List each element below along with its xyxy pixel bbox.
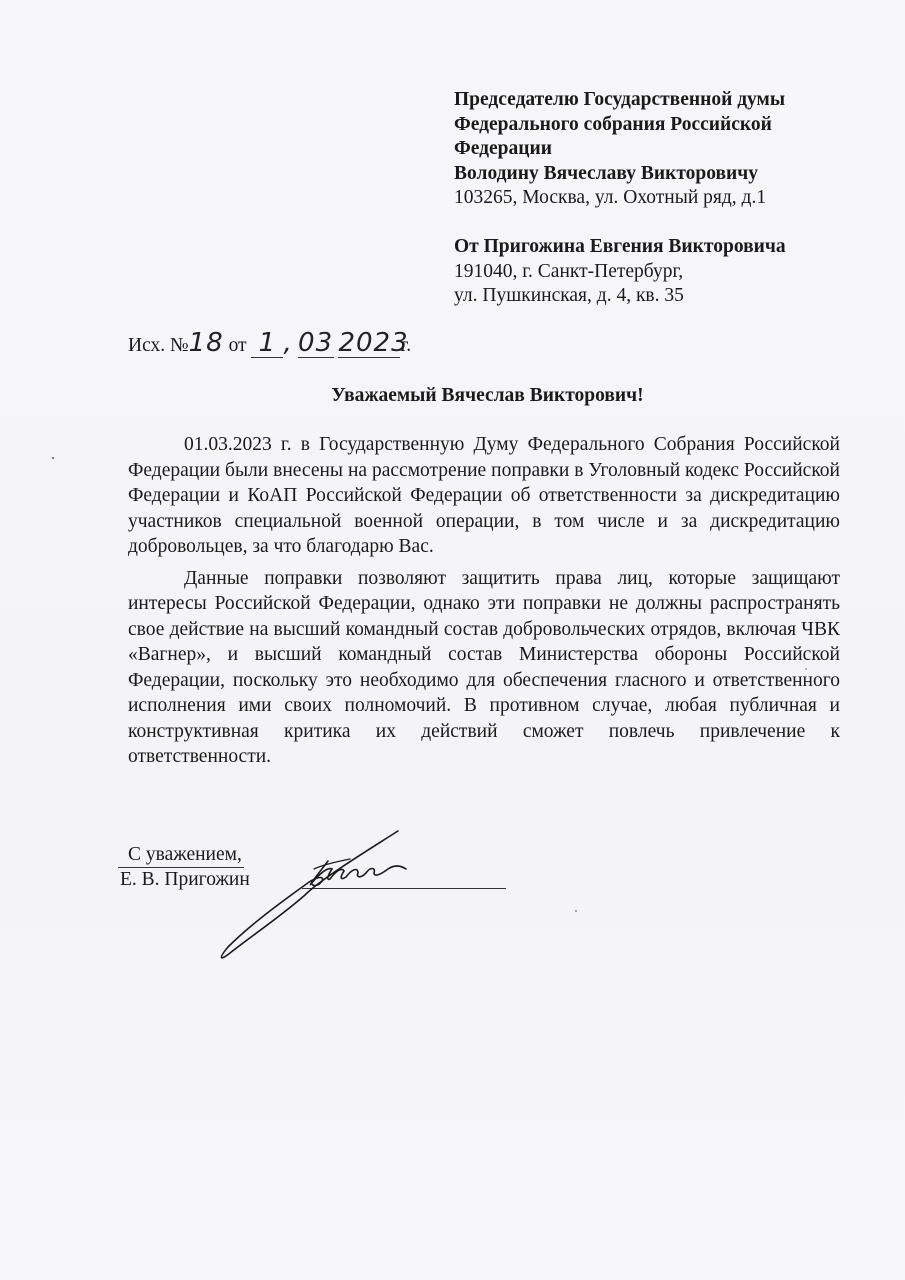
scan-speck	[52, 457, 54, 459]
addressee-line-3: Федерации	[454, 137, 874, 162]
date-month: 03	[298, 328, 333, 358]
sender-address-line-1: 191040, г. Санкт-Петербург,	[454, 260, 874, 285]
sender-from: От Пригожина Евгения Викторовича	[454, 235, 874, 260]
addressee-block: Председателю Государственной думы Федера…	[454, 88, 874, 211]
sender-block: От Пригожина Евгения Викторовича 191040,…	[454, 235, 874, 309]
scan-speck	[575, 910, 577, 912]
date-day-field: 1	[251, 332, 283, 358]
outgoing-prefix: Исх. №	[128, 335, 189, 356]
letter-body: 01.03.2023 г. в Государственную Думу Фед…	[128, 432, 840, 776]
document-page: Председателю Государственной думы Федера…	[0, 0, 905, 1280]
addressee-name: Володину Вячеславу Викторовичу	[454, 162, 874, 187]
date-month-field: 03	[298, 332, 334, 358]
sender-address-line-2: ул. Пушкинская, д. 4, кв. 35	[454, 284, 874, 309]
outgoing-from-label: от	[229, 335, 247, 356]
paragraph-1: 01.03.2023 г. в Государственную Думу Фед…	[128, 432, 840, 560]
addressee-address: 103265, Москва, ул. Охотный ряд, д.1	[454, 186, 874, 211]
paragraph-2: Данные поправки позволяют защитить права…	[128, 566, 840, 770]
date-year: 2023	[338, 328, 408, 358]
outgoing-number: 18	[189, 328, 224, 358]
outgoing-suffix: г.	[400, 335, 411, 356]
date-separator: ,	[283, 328, 292, 358]
handwritten-signature-icon	[210, 825, 520, 965]
addressee-line-1: Председателю Государственной думы	[454, 88, 874, 113]
date-day: 1	[259, 328, 277, 358]
outgoing-reference: Исх. №18 от 1, 03 2023г.	[128, 330, 411, 359]
date-year-field: 2023	[338, 332, 400, 358]
addressee-line-2: Федерального собрания Российской	[454, 113, 874, 138]
salutation: Уважаемый Вячеслав Викторович!	[0, 385, 905, 407]
scan-speck	[805, 668, 807, 670]
